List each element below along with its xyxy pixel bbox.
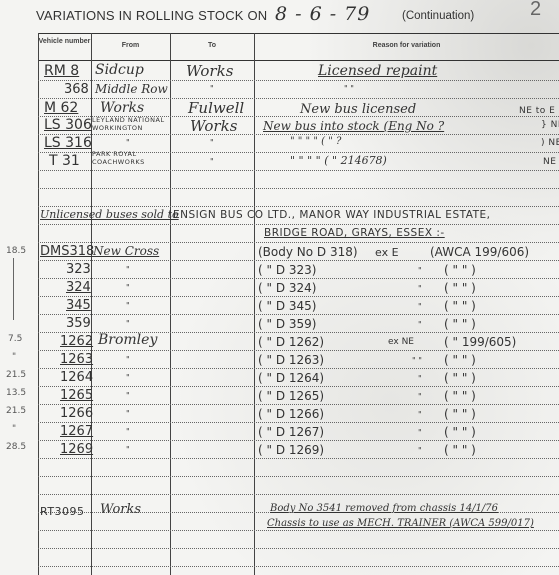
awca-ref: ( " " ) [444, 353, 476, 367]
vehicle-number: T 31 [49, 153, 80, 169]
awca-ref: ( " " ) [444, 263, 476, 277]
margin-bracket [13, 258, 14, 320]
vehicle-number: 1269 [60, 442, 93, 457]
margin-date: 21.5 [6, 370, 26, 380]
margin-date: " [12, 352, 16, 362]
ex-note: " [418, 446, 422, 455]
from-garage: " [126, 265, 130, 274]
ex-note: ex E [375, 246, 399, 259]
from-garage: " [126, 391, 130, 400]
margin-date: 18.5 [6, 246, 26, 256]
vehicle-number: 1265 [60, 388, 93, 403]
row-rule [38, 188, 559, 189]
from-garage: Bromley [98, 332, 157, 348]
to-garage: Works [186, 62, 233, 80]
body-number: ( " D 1266) [258, 407, 324, 421]
vehicle-number: LS 306 [44, 117, 92, 133]
reason-line-2: Chassis to use as MECH. TRAINER (AWCA 59… [267, 518, 534, 529]
vehicle-number: 368 [64, 82, 89, 97]
vehicle-number: 1262 [60, 334, 93, 349]
margin-date: 13.5 [6, 388, 26, 398]
awca-ref: ( " " ) [444, 425, 476, 439]
column-header-from: From [91, 42, 170, 50]
side-note: NE to E [519, 106, 555, 116]
margin-date: " [12, 424, 16, 434]
page-number: 2 [530, 0, 541, 21]
row-rule [38, 458, 559, 459]
ex-note: " [418, 410, 422, 419]
awca-ref: ( " " ) [444, 299, 476, 313]
row-rule [38, 260, 559, 261]
row-rule [38, 566, 559, 567]
body-number: ( " D 1263) [258, 353, 324, 367]
vehicle-number: 323 [66, 262, 91, 277]
from-garage: " [126, 409, 130, 418]
row-rule [38, 368, 559, 369]
row-rule [38, 386, 559, 387]
from-garage: " [126, 283, 130, 292]
vehicle-number: RM 8 [44, 63, 79, 79]
sold-to-label: Unlicensed buses sold to [40, 208, 179, 221]
vehicle-number: 1266 [60, 406, 93, 421]
awca-ref: ( " " ) [444, 407, 476, 421]
body-number: ( " D 1269) [258, 443, 324, 457]
ex-note: ex NE [388, 337, 414, 347]
row-rule [38, 314, 559, 315]
from-garage: " [126, 427, 130, 436]
margin-date: 21.5 [6, 406, 26, 416]
ex-note: " [418, 284, 422, 293]
ex-note: " [418, 392, 422, 401]
body-number: ( " D 1267) [258, 425, 324, 439]
ex-note: " [418, 374, 422, 383]
from-garage: " [126, 301, 130, 310]
awca-ref: ( " " ) [444, 317, 476, 331]
margin-date: 28.5 [6, 442, 26, 452]
vehicle-number: 324 [66, 280, 91, 295]
row-rule [38, 80, 559, 81]
awca-ref: ( " " ) [444, 281, 476, 295]
from-garage: " [126, 355, 130, 364]
from-garage: PARK ROYAL COACHWORKS [92, 150, 172, 166]
reason-text: Licensed repaint [318, 63, 437, 79]
row-rule [38, 98, 559, 99]
row-rule [38, 224, 559, 225]
buyer-address-line1: ENSIGN BUS CO LTD., MANOR WAY INDUSTRIAL… [173, 209, 490, 221]
vehicle-number: 1264 [60, 370, 93, 385]
ex-note: " [418, 428, 422, 437]
from-garage: Works [100, 502, 141, 517]
reason-text: New bus licensed [300, 102, 416, 117]
table-top-border [38, 33, 559, 34]
row-rule [38, 548, 559, 549]
vehicle-number: 1263 [60, 352, 93, 367]
reason-text: " " " " ( " ? [290, 136, 341, 147]
from-garage: Middle Row [95, 82, 168, 96]
vehicle-number: 345 [66, 298, 91, 313]
document-page: VARIATIONS IN ROLLING STOCK ON 8 - 6 - 7… [0, 0, 559, 575]
body-number: ( " D 1262) [258, 335, 324, 349]
row-rule [38, 530, 559, 531]
row-rule [38, 350, 559, 351]
margin-date: 7.5 [8, 334, 22, 344]
body-number: ( " D 324) [258, 281, 316, 295]
reason-text: " " " " ( " 214678) [290, 154, 387, 167]
row-rule [38, 206, 559, 207]
row-rule [38, 134, 559, 135]
body-number: ( " D 345) [258, 299, 316, 313]
to-garage: Fulwell [188, 99, 244, 117]
reason-text: New bus into stock (Eng No ? [263, 119, 444, 133]
awca-ref: ( " " ) [444, 371, 476, 385]
document-date: 8 - 6 - 79 [275, 3, 370, 25]
vehicle-number: DMS318 [40, 244, 94, 259]
vehicle-number: 1267 [60, 424, 93, 439]
from-garage: " [126, 445, 130, 454]
body-number: (Body No D 318) [258, 245, 358, 259]
awca-ref: (AWCA 199/606) [430, 245, 529, 259]
to-garage: " [210, 157, 214, 166]
reason-line-1: Body No 3541 removed from chassis 14/1/7… [270, 503, 498, 514]
reason-text: " " [344, 84, 354, 93]
side-note: } NE [541, 120, 559, 130]
column-header-reason: Reason for variation [254, 42, 559, 50]
row-rule [38, 440, 559, 441]
row-rule [38, 242, 559, 243]
side-note: ) NE [541, 138, 559, 148]
buyer-address-line2: BRIDGE ROAD, GRAYS, ESSEX :- [264, 227, 445, 239]
from-garage: LEYLAND NATIONAL WORKINGTON [92, 116, 172, 132]
ex-note: " [418, 302, 422, 311]
row-rule [38, 494, 559, 495]
ex-note: " [418, 320, 422, 329]
side-note: NE [543, 157, 556, 167]
row-rule [38, 170, 559, 171]
from-garage: " [126, 319, 130, 328]
body-number: ( " D 323) [258, 263, 316, 277]
row-rule [38, 296, 559, 297]
row-rule [38, 476, 559, 477]
to-garage: " [210, 84, 214, 93]
from-garage: " [126, 373, 130, 382]
to-garage: " [210, 138, 214, 147]
body-number: ( " D 1264) [258, 371, 324, 385]
vehicle-number: 359 [66, 316, 91, 331]
row-rule [38, 404, 559, 405]
vehicle-number: RT3095 [40, 505, 85, 518]
body-number: ( " D 359) [258, 317, 316, 331]
row-rule [38, 278, 559, 279]
from-garage: Works [100, 100, 144, 116]
from-garage: Sidcup [95, 62, 144, 78]
column-header-to: To [170, 42, 254, 50]
vehicle-number: M 62 [44, 100, 78, 116]
body-number: ( " D 1265) [258, 389, 324, 403]
awca-ref: ( " " ) [444, 389, 476, 403]
header-bottom-border [38, 60, 559, 61]
continuation-label: (Continuation) [402, 10, 474, 22]
ex-note: " " [412, 356, 422, 365]
vehicle-number: LS 316 [44, 135, 92, 151]
from-garage: New Cross [93, 244, 159, 258]
from-garage: " [126, 138, 130, 147]
document-title: VARIATIONS IN ROLLING STOCK ON [36, 8, 267, 23]
awca-ref: ( " " ) [444, 443, 476, 457]
column-header-vehicle: Vehicle number [38, 38, 91, 46]
to-garage: Works [190, 117, 237, 135]
row-rule [38, 422, 559, 423]
ex-note: " [418, 266, 422, 275]
awca-ref: ( " 199/605) [444, 335, 516, 349]
